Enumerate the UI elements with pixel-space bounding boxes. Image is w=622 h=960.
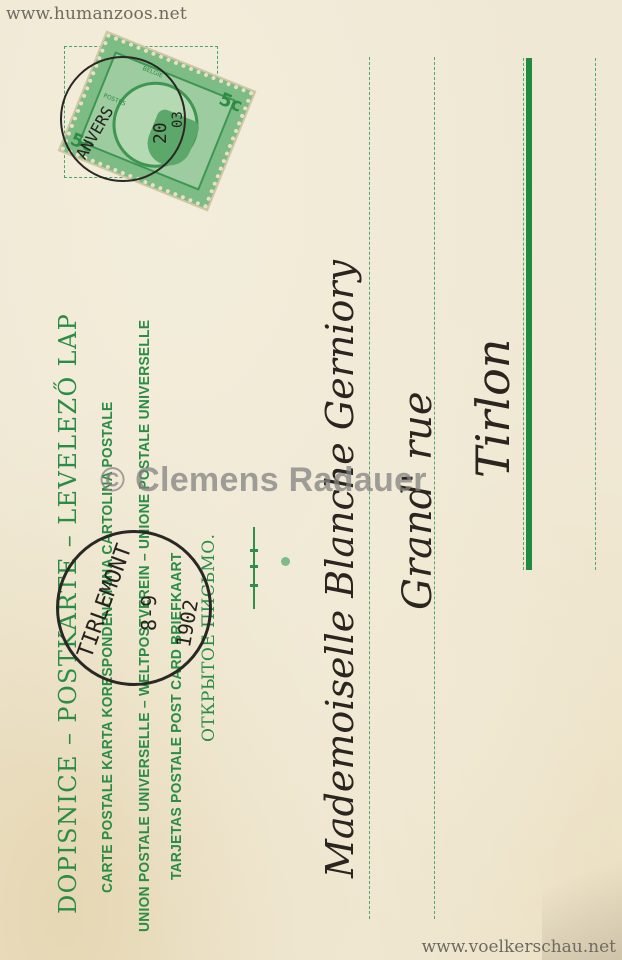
postmark-1-town: ANVERS bbox=[72, 103, 117, 163]
postmark-departure: TIRLEMONT 8-9 1902 bbox=[56, 530, 212, 686]
postmark-2-year: 1902 bbox=[171, 598, 203, 650]
postmark-1-year: 03 bbox=[170, 111, 186, 128]
address-line-4 bbox=[595, 58, 596, 570]
handwritten-street: Grand' rue bbox=[395, 391, 441, 610]
postmark-2-time: 8-9 bbox=[137, 595, 161, 631]
handwritten-town: Tirlon bbox=[466, 339, 520, 478]
address-line-thick bbox=[526, 58, 532, 570]
handwritten-recipient: Mademoiselle Blanche Gerniory bbox=[318, 260, 362, 878]
postmark-stamp-cancel: ANVERS 20 03 bbox=[60, 56, 186, 182]
decorative-dot bbox=[281, 557, 290, 566]
divider-ornament bbox=[253, 527, 255, 609]
copyright-watermark: © Clemens Radauer bbox=[100, 461, 427, 500]
watermark-voelkerschau: www.voelkerschau.net bbox=[422, 937, 616, 957]
postmark-2-town: TIRLEMONT bbox=[73, 541, 137, 662]
postmark-1-day: 20 bbox=[150, 122, 171, 144]
address-line-3 bbox=[523, 58, 524, 570]
watermark-humanzoos: www.humanzoos.net bbox=[6, 4, 187, 24]
postcard-back: www.humanzoos.net BELGIE POSTES 5c 5c AN… bbox=[0, 0, 622, 960]
